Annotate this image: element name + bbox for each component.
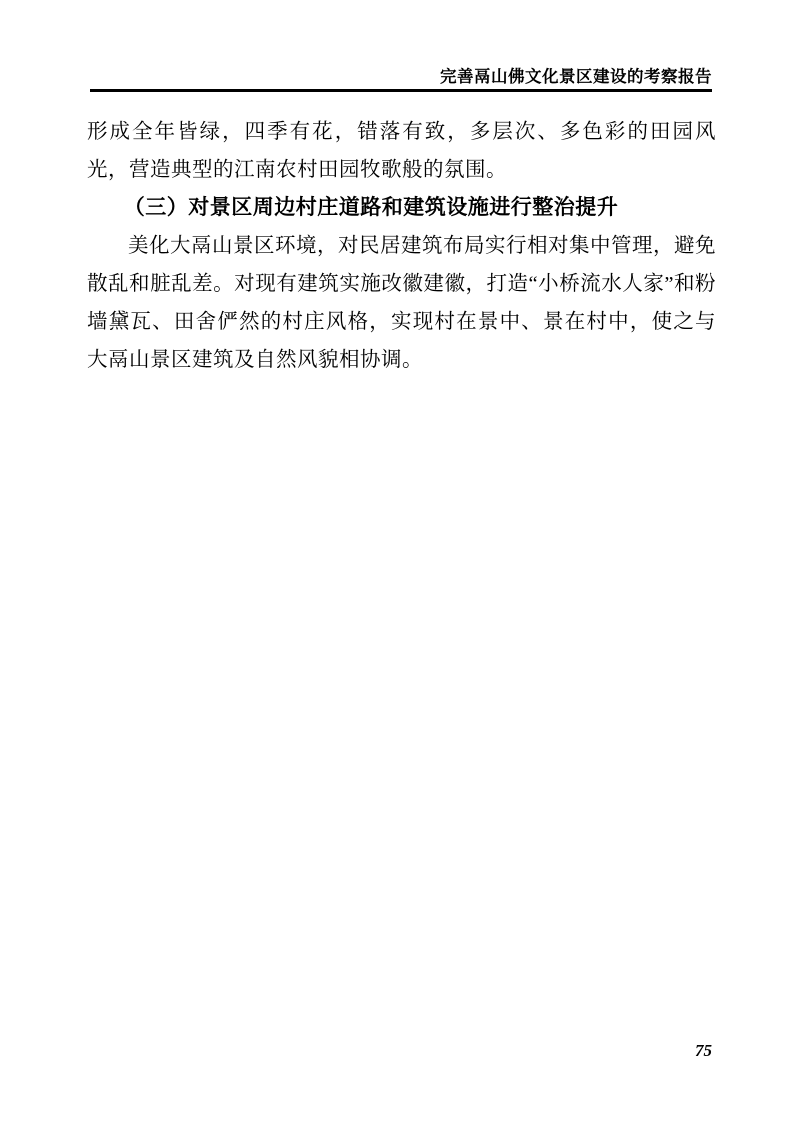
paragraph-continuation: 形成全年皆绿，四季有花，错落有致，多层次、多色彩的田园风光，营造典型的江南农村田… — [87, 113, 716, 189]
section-paragraph: 美化大鬲山景区环境，对民居建筑布局实行相对集中管理，避免散乱和脏乱差。对现有建筑… — [87, 227, 716, 379]
header-rule — [90, 89, 712, 92]
page-number: 75 — [695, 1041, 712, 1061]
running-header-title: 完善鬲山佛文化景区建设的考察报告 — [88, 66, 712, 88]
body-text-block: 形成全年皆绿，四季有花，错落有致，多层次、多色彩的田园风光，营造典型的江南农村田… — [87, 113, 716, 379]
document-page: 完善鬲山佛文化景区建设的考察报告 形成全年皆绿，四季有花，错落有致，多层次、多色… — [0, 0, 803, 1133]
section-heading: （三）对景区周边村庄道路和建筑设施进行整治提升 — [87, 189, 716, 227]
